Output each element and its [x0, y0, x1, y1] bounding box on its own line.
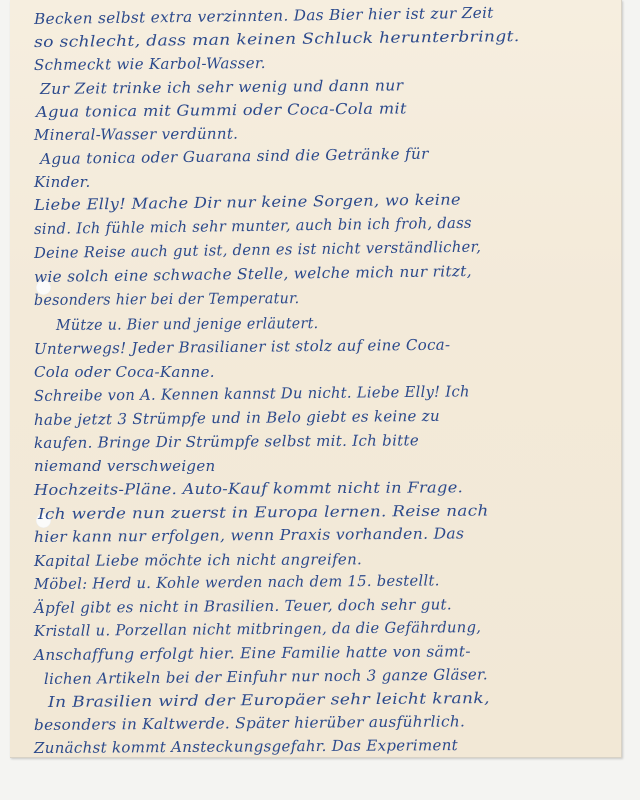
text-line: besonders in Kaltwerde. Später hierüber …	[34, 712, 465, 734]
text-line: Ich werde nun zuerst in Europa lernen. R…	[38, 501, 489, 523]
text-line: Möbel: Herd u. Kohle werden nach dem 15.…	[34, 571, 440, 593]
text-line: Schmeckt wie Karbol-Wasser.	[34, 54, 266, 74]
text-line: Kapital Liebe möchte ich nicht angreifen…	[34, 550, 362, 570]
text-line: hier kann nur erfolgen, wenn Praxis vorh…	[34, 524, 464, 546]
text-line: kaufen. Bringe Dir Strümpfe selbst mit. …	[34, 431, 419, 452]
text-line: niemand verschweigen	[34, 457, 215, 475]
text-line: Hochzeits-Pläne. Auto-Kauf kommt nicht i…	[34, 478, 463, 499]
text-line: Mineral-Wasser verdünnt.	[34, 125, 238, 144]
text-line: Zunächst kommt Ansteckungsgefahr. Das Ex…	[34, 736, 458, 757]
text-line: Kinder.	[34, 173, 91, 191]
text-line: Cola oder Coca-Kanne.	[34, 363, 215, 381]
text-line: Anschaffung erfolgt hier. Eine Familie h…	[34, 642, 471, 664]
text-line: Äpfel gibt es nicht in Brasilien. Teuer,…	[34, 595, 452, 617]
text-line: besonders hier bei der Temperatur.	[34, 289, 300, 309]
text-line: Zur Zeit trinke ich sehr wenig und dann …	[40, 76, 404, 98]
text-line: Mütze u. Bier und jenige erläutert.	[56, 314, 318, 334]
text-line: Agua tonica mit Gummi oder Coca-Cola mit	[36, 99, 407, 121]
